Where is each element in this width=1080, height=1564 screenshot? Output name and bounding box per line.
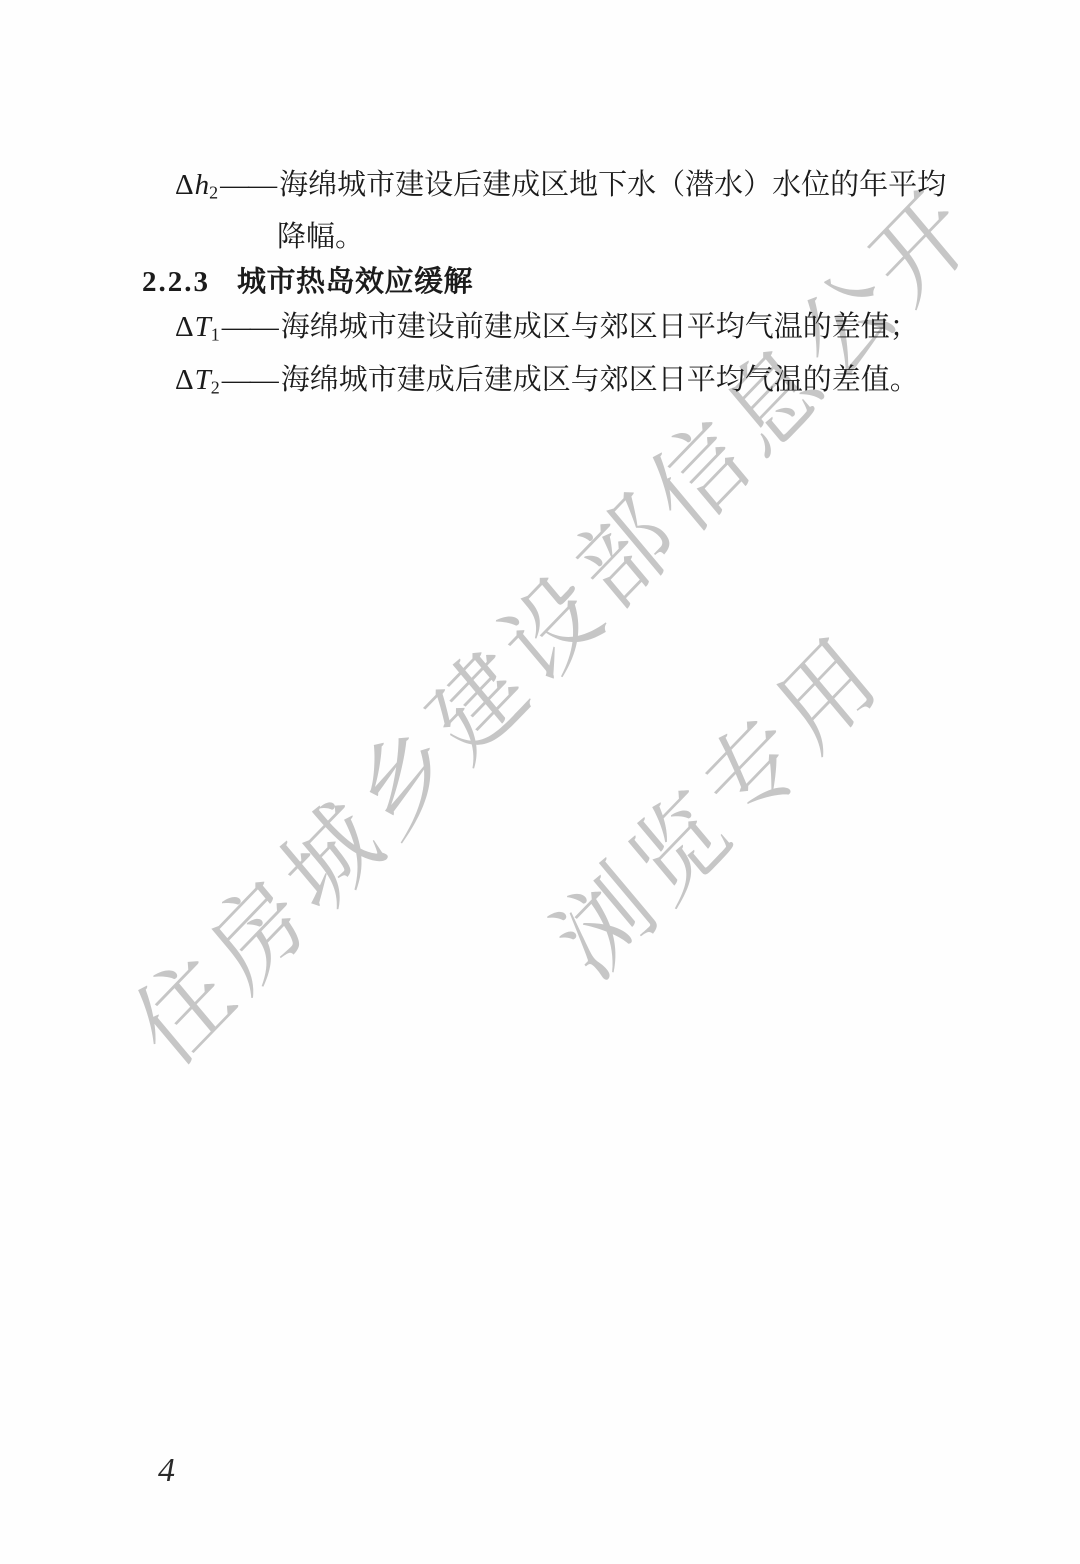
symbol-delta: Δ (175, 311, 194, 343)
definition-t2-line: ΔT2——海绵城市建成后建成区与郊区日平均气温的差值。 (142, 358, 972, 410)
symbol-variable: T (194, 311, 211, 343)
definition-text: 海绵城市建设前建成区与郊区日平均气温的差值； (281, 311, 919, 343)
section-heading: 2.2.3城市热岛效应缓解 (142, 260, 972, 305)
symbol-variable: T (194, 364, 211, 396)
definition-t1-line: ΔT1——海绵城市建设前建成区与郊区日平均气温的差值； (142, 305, 972, 357)
section-number: 2.2.3 (142, 266, 210, 298)
definition-text-continuation: 降幅。 (277, 221, 364, 253)
definition-text: 海绵城市建成后建成区与郊区日平均气温的差值。 (281, 364, 919, 396)
definition-dash: —— (218, 169, 279, 201)
definition-h2-line1: Δh2——海绵城市建设后建成区地下水（潜水）水位的年平均 (142, 163, 972, 215)
symbol-delta: Δ (175, 169, 194, 201)
symbol-delta: Δ (175, 364, 194, 396)
symbol-subscript: 1 (211, 325, 220, 345)
symbol-subscript: 2 (209, 182, 218, 202)
definition-dash: —— (220, 364, 281, 396)
text-block: Δh2——海绵城市建设后建成区地下水（潜水）水位的年平均 降幅。 2.2.3城市… (142, 163, 972, 410)
section-title: 城市热岛效应缓解 (237, 266, 473, 298)
definition-h2-line2: 降幅。 (142, 215, 972, 260)
document-page: 住房城乡建设部信息公开 浏览专用 Δh2——海绵城市建设后建成区地下水（潜水）水… (0, 0, 1080, 1564)
symbol-variable: h (194, 169, 210, 201)
symbol-subscript: 2 (211, 377, 220, 397)
page-number: 4 (158, 1452, 175, 1490)
definition-dash: —— (220, 311, 281, 343)
definition-text: 海绵城市建设后建成区地下水（潜水）水位的年平均 (279, 169, 946, 201)
